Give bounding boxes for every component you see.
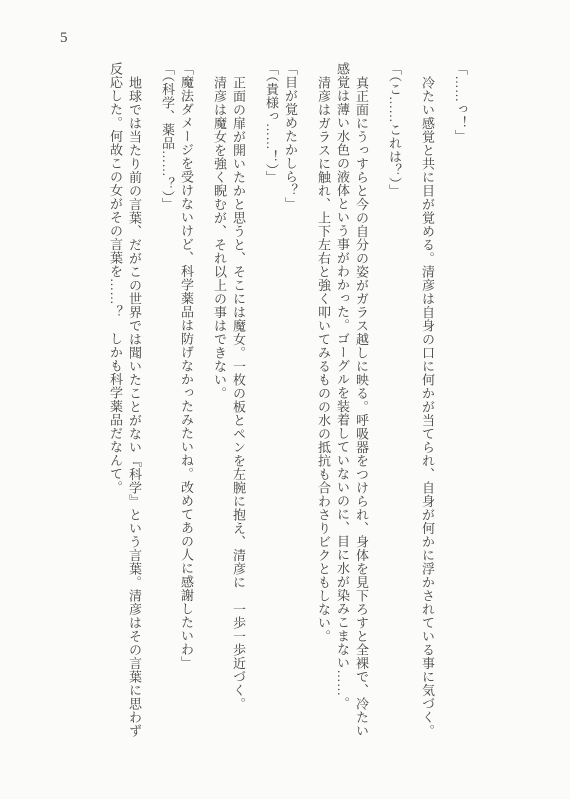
narrative-paragraph: 正面の扉が開いたかと思うと、そこには魔女。一枚の板とペンを左腕に抱え、清彦に 一… xyxy=(229,62,248,738)
paragraph-group: 地球では当たり前の言葉、だがこの世界では聞いたことがない『科学』という言葉。清彦… xyxy=(106,62,144,738)
narrative-paragraph: 冷たい感覚と共に目が覚める。清彦は自身の口に何かが当てられ、自身が何かに浮かされ… xyxy=(418,62,437,738)
paragraph-group: 「目が覚めたかしら？」 「（貴様っ……！）」 xyxy=(262,62,300,738)
dialogue-line: 「目が覚めたかしら？」 xyxy=(281,62,300,738)
book-page: 5 「……っ！」 冷たい感覚と共に目が覚める。清彦は自身の口に何かが当てられ、自… xyxy=(0,0,570,799)
paragraph-group: 冷たい感覚と共に目が覚める。清彦は自身の口に何かが当てられ、自身が何かに浮かされ… xyxy=(418,62,437,738)
narrative-paragraph: 清彦は魔女を強く睨むが、それ以上の事はできない。 xyxy=(210,62,229,738)
narrative-paragraph: 地球では当たり前の言葉、だがこの世界では聞いたことがない『科学』という言葉。清彦… xyxy=(106,62,144,738)
thought-line: 「（貴様っ……！）」 xyxy=(262,62,281,738)
thought-line: 「（科学、薬品……？）」 xyxy=(158,62,177,738)
paragraph-group: 「……っ！」 xyxy=(451,62,470,738)
dialogue-line: 「魔法ダメージを受けないけど、科学薬品は防げなかったみたいね。改めてあの人に感謝… xyxy=(177,62,196,738)
narrative-paragraph: 真正面にうっすらと今の自分の姿がガラス越しに映る。呼吸器をつけられ、身体を見下ろ… xyxy=(333,62,371,738)
paragraph-group: 正面の扉が開いたかと思うと、そこには魔女。一枚の板とペンを左腕に抱え、清彦に 一… xyxy=(210,62,248,738)
narrative-paragraph: 清彦はガラスに触れ、上下左右と強く叩いてみるものの水の抵抗も合わさりビクともしな… xyxy=(314,62,333,738)
paragraph-group: 「（こ……これは？）」 xyxy=(385,62,404,738)
paragraph-group: 真正面にうっすらと今の自分の姿がガラス越しに映る。呼吸器をつけられ、身体を見下ろ… xyxy=(314,62,371,738)
thought-line: 「（こ……これは？）」 xyxy=(385,62,404,738)
paragraph-group: 「魔法ダメージを受けないけど、科学薬品は防げなかったみたいね。改めてあの人に感謝… xyxy=(158,62,196,738)
novel-text: 「……っ！」 冷たい感覚と共に目が覚める。清彦は自身の口に何かが当てられ、自身が… xyxy=(106,62,470,738)
dialogue-line: 「……っ！」 xyxy=(451,62,470,738)
page-number: 5 xyxy=(60,30,68,47)
